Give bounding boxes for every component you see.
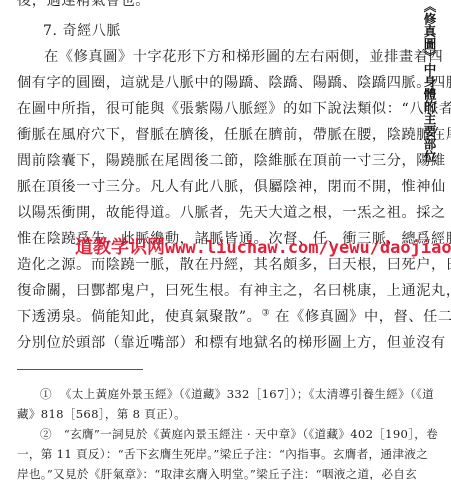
footnote-2-cont: 岸也。”又見於《肝氣章》：“取津玄膺入明堂。”梁丘子注：“咽液之道，必自玄 [17,466,417,480]
body-line-text: 下透湧泉。倘能知此，使真氣聚散”。 [17,309,261,325]
footnote-divider [17,369,143,370]
body-line: 衝脈在風府穴下，督脈在臍後，任脈在臍前，帶脈在腰，陰蹺脈在尾 [17,126,451,144]
footnote-1-cont: 藏》818［568］，第 8 頁正）。 [17,406,186,422]
body-line-tail: 在《修真圖》中，督、任二脈 [270,309,451,325]
body-line: 復命關，曰酆都鬼户，曰死生根。有神主之，名曰桃康，上通泥丸， [17,282,451,300]
section-heading: 7. 奇經八脈 [43,22,121,40]
watermark-url: www.liuchaw.com/yewu/daojiao [165,238,451,258]
footnote-2-cont: 一，第 11 頁反）：“舌下玄膺生死岸。”梁丘子注：“內指事。玄膺者，通津液之 [17,446,428,462]
book-page: 《修真圖》中身體的主要部位 後，過達精氣會也。 7. 奇經八脈 在《修真圖》十字… [0,0,451,480]
body-line: 個有字的圓圈，這就是八脈中的陽蹻、陰蹻、陽蹻、陰蹻四脈。四脈 [17,74,451,92]
body-line: 以陽炁衝開，故能得道。八脈者，先天大道之根，一炁之祖。採之 [17,204,446,222]
footnote-text: 《太上黃庭外景玉經》（《道藏》332［167］）；《太清導引養生經》（《道 [60,387,434,401]
body-line: 在圖中所指，很可能與《張紫陽八脈經》的如下說法類似：“八脈者， [17,100,451,118]
body-line: 下透湧泉。倘能知此，使真氣聚散”。③ 在《修真圖》中，督、任二脈 [17,308,451,326]
watermark-chinese: 道教学识网 [75,237,165,258]
footnote-text: “玄膺”一詞見於《黃庭內景玉經注 · 天中章》（《道藏》402［190］，卷 [64,427,438,441]
footnote-ref-3: ③ [261,308,270,318]
body-line: 脈在頂後一寸三分。凡人有此八脈，俱屬陰神，閉而不開，惟神仙 [17,178,446,196]
footnote-2: ② “玄膺”一詞見於《黃庭內景玉經注 · 天中章》（《道藏》402［190］，卷 [40,426,438,442]
watermark: 道教学识网www.liuchaw.com/yewu/daojiao [75,233,451,259]
footnote-1: ① 《太上黃庭外景玉經》（《道藏》332［167］）；《太清導引養生經》（《道 [40,386,434,402]
body-line: 閭前陰囊下，陽蹺脈在尾閭後二節，陰維脈在頂前一寸三分，陽維 [17,152,446,170]
body-line: 分別位於頭部（靠近嘴部）和標有地獄名的梯形圖上方，但並沒有 [17,334,446,352]
body-line-fragment: 後，過達精氣會也。 [17,0,150,10]
body-line: 在《修真圖》十字花形下方和梯形圖的左右兩側，並排畫着四 [44,48,443,66]
footnote-marker: ② [40,427,52,441]
footnote-marker: ① [40,387,52,401]
